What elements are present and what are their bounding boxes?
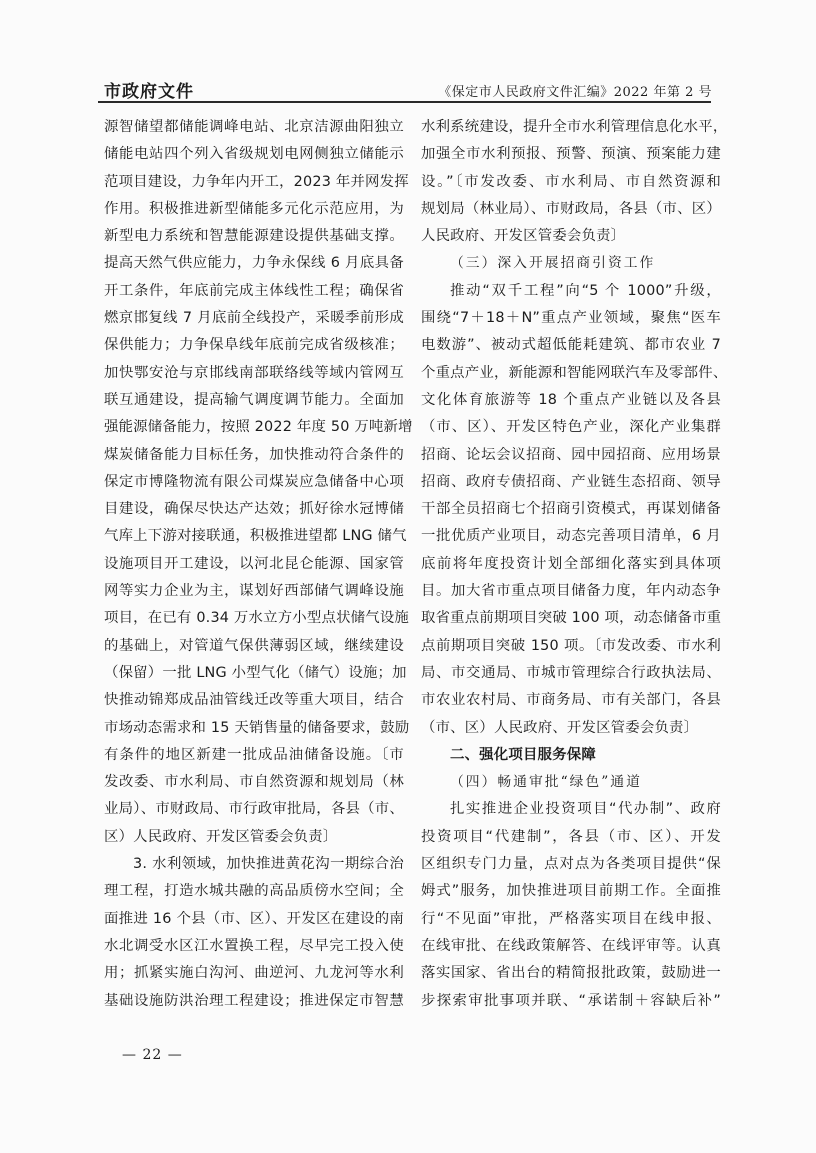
text-line: 局、市交通局、市城市管理综合行政执法局、: [421, 660, 721, 687]
text-line: 干部全员招商七个招商引资模式，再谋划储备: [421, 496, 721, 523]
text-line: 个重点产业，新能源和智能网联汽车及零部件、: [421, 360, 721, 387]
text-line: 点前期项目突破 150 项。〔市发改委、市水利: [421, 633, 721, 660]
text-line: 保定市博隆物流有限公司煤炭应急储备中心项: [104, 469, 404, 496]
text-line: 水北调受水区江水置换工程，尽早完工投入使: [104, 933, 404, 960]
right-column: 水利系统建设，提升全市水利管理信息化水平， 加强全市水利预报、预警、预演、预案能…: [421, 114, 721, 1015]
header-section-label: 市政府文件: [104, 77, 194, 102]
text-line: 基础设施防洪治理工程建设；推进保定市智慧: [104, 988, 404, 1015]
text-line: （市、区）、开发区特色产业，深化产业集群: [421, 414, 721, 441]
text-line: 姆式”服务，加快推进项目前期工作。全面推: [421, 878, 721, 905]
text-line: 发改委、市水利局、市自然资源和规划局（林: [104, 769, 404, 796]
text-line: 人民政府、开发区管委会负责〕: [421, 223, 721, 250]
text-line: 联互通建设，提高输气调度调节能力。全面加: [104, 387, 404, 414]
text-line: 用；抓紧实施白沟河、曲逆河、九龙河等水利: [104, 960, 404, 987]
text-line: 气库上下游对接联通，积极推进望都 LNG 储气: [104, 523, 404, 550]
text-line: 区）人民政府、开发区管委会负责〕: [104, 824, 404, 851]
text-line: 区组织专门力量，点对点为各类项目提供“保: [421, 851, 721, 878]
subheading-three: （三）深入开展招商引资工作: [421, 250, 721, 277]
section-heading-two: 二、强化项目服务保障: [421, 742, 721, 769]
text-line: 电数游”、被动式超低能耗建筑、都市农业 7: [421, 332, 721, 359]
text-line: 围绕“7＋18＋N”重点产业领域，聚焦“医车: [421, 305, 721, 332]
text-line: 范项目建设，力争年内开工，2023 年并网发挥: [104, 169, 404, 196]
text-line: 的基础上，对管道气保供薄弱区域，继续建设: [104, 633, 404, 660]
text-line: 行“不见面”审批，严格落实项目在线申报、: [421, 906, 721, 933]
text-line: 理工程，打造水城共融的高品质傍水空间；全: [104, 878, 404, 905]
text-line: 有条件的地区新建一批成品油储备设施。〔市: [104, 742, 404, 769]
text-line: 目建设，确保尽快达产达效；抓好徐水冠博储: [104, 496, 404, 523]
text-line: 作用。积极推进新型储能多元化示范应用，为: [104, 196, 404, 223]
text-line: 开工条件，年底前完成主体线性工程；确保省: [104, 278, 404, 305]
text-line: 加强全市水利预报、预警、预演、预案能力建: [421, 141, 721, 168]
text-line: 水利系统建设，提升全市水利管理信息化水平，: [421, 114, 721, 141]
text-line: （保留）一批 LNG 小型气化（储气）设施；加: [104, 660, 404, 687]
text-line: 设施项目开工建设，以河北昆仑能源、国家管: [104, 551, 404, 578]
text-line: 市农业农村局、市商务局、市有关部门，各县: [421, 687, 721, 714]
text-line: 规划局（林业局）、市财政局，各县（市、区）: [421, 196, 721, 223]
text-line: 源智储望都储能调峰电站、北京洁源曲阳独立: [104, 114, 404, 141]
text-line: 新型电力系统和智慧能源建设提供基础支撑。: [104, 223, 404, 250]
text-line: 市场动态需求和 15 天销售量的储备要求，鼓励: [104, 715, 404, 742]
text-line: 燃京邯复线 7 月底前全线投产，采暖季前形成: [104, 305, 404, 332]
header-divider: [98, 101, 711, 103]
text-line: 项目，在已有 0.34 万水立方小型点状储气设施: [104, 605, 404, 632]
left-column: 源智储望都储能调峰电站、北京洁源曲阳独立 储能电站四个列入省级规划电网侧独立储能…: [104, 114, 404, 1015]
text-line: 招商、论坛会议招商、园中园招商、应用场景: [421, 442, 721, 469]
text-line: 储能电站四个列入省级规划电网侧独立储能示: [104, 141, 404, 168]
text-line: 在线审批、在线政策解答、在线评审等。认真: [421, 933, 721, 960]
paragraph-start-line: 扎实推进企业投资项目“代办制”、政府: [421, 796, 721, 823]
text-line: 步探索审批事项并联、“承诺制＋容缺后补”: [421, 988, 721, 1015]
text-line: 保供能力；力争保阜线年底前完成省级核准；: [104, 332, 404, 359]
text-line: 面推进 16 个县（市、区）、开发区在建设的南: [104, 906, 404, 933]
text-line: 招商、政府专债招商、产业链生态招商、领导: [421, 469, 721, 496]
paragraph-start-line: 推动“双千工程”向“5 个 1000”升级，: [421, 278, 721, 305]
text-line: 业局）、市财政局、市行政审批局，各县（市、: [104, 796, 404, 823]
header-publication-title: 《保定市人民政府文件汇编》2022 年第 2 号: [438, 81, 712, 100]
text-line: 快推动锦郑成品油管线迁改等重大项目，结合: [104, 687, 404, 714]
text-line: 煤炭储备能力目标任务，加快推动符合条件的: [104, 442, 404, 469]
subheading-four: （四）畅通审批“绿色”通道: [421, 769, 721, 796]
text-line: 设。”〔市发改委、市水利局、市自然资源和: [421, 169, 721, 196]
text-line: 目。加大省市重点项目储备力度，年内动态争: [421, 578, 721, 605]
text-line: 取省重点前期项目突破 100 项，动态储备市重: [421, 605, 721, 632]
text-line: 网等实力企业为主，谋划好西部储气调峰设施: [104, 578, 404, 605]
text-line: 投资项目“代建制”，各县（市、区）、开发: [421, 824, 721, 851]
page-number: — 22 —: [122, 1047, 183, 1063]
text-line: （市、区）人民政府、开发区管委会负责〕: [421, 715, 721, 742]
text-line: 底前将年度投资计划全部细化落实到具体项: [421, 551, 721, 578]
text-line: 提高天然气供应能力，力争永保线 6 月底具备: [104, 250, 404, 277]
paragraph-start-line: 3. 水利领域，加快推进黄花沟一期综合治: [104, 851, 404, 878]
text-line: 加快鄂安沧与京邯线南部联络线等域内管网互: [104, 360, 404, 387]
text-line: 文化体育旅游等 18 个重点产业链以及各县: [421, 387, 721, 414]
text-line: 强能源储备能力，按照 2022 年度 50 万吨新增: [104, 414, 404, 441]
text-line: 落实国家、省出台的精简报批政策，鼓励进一: [421, 960, 721, 987]
text-line: 一批优质产业项目，动态完善项目清单，6 月: [421, 523, 721, 550]
